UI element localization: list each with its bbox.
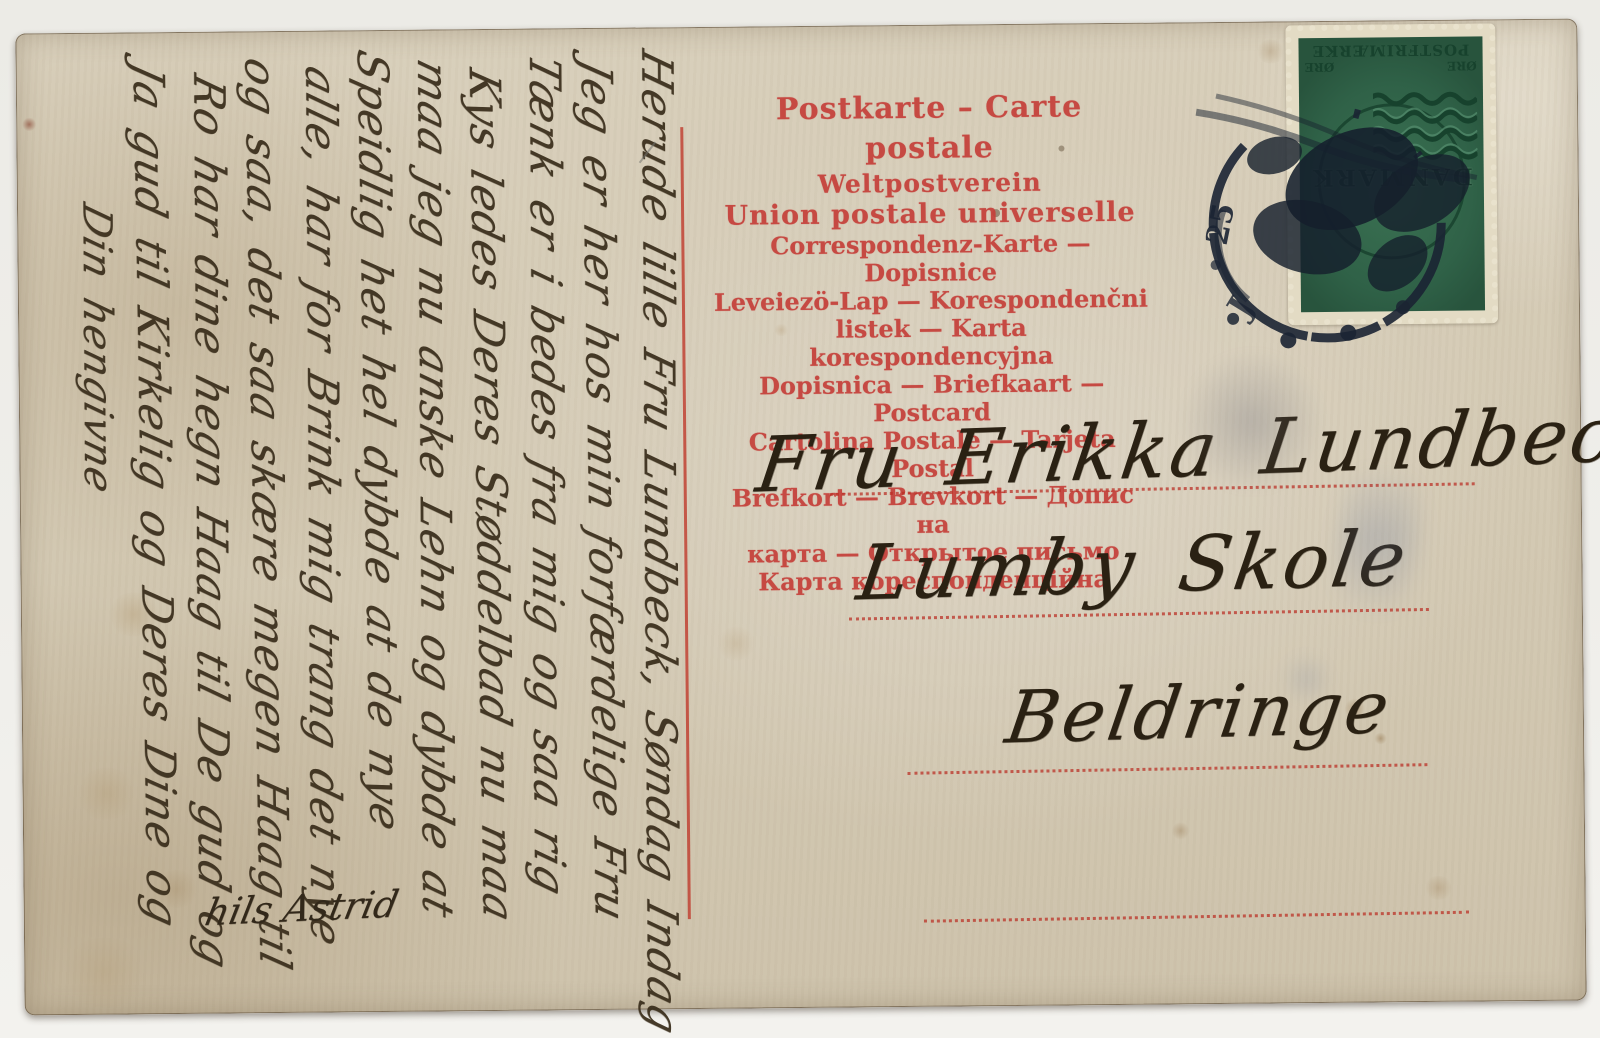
message-signoff: hils Astrid bbox=[201, 882, 402, 934]
message-rotated-lines: Herude lille Fru Lundbeck, Søndag Indag … bbox=[44, 49, 693, 1017]
stain bbox=[1171, 822, 1190, 839]
photo-background: { "photo": { "background_color": "#eeede… bbox=[0, 0, 1600, 1038]
message-line: Ja gud til Kirkelig og Deres Dine og bbox=[123, 58, 187, 932]
header-line: Postkarte – Carte postale bbox=[711, 87, 1148, 171]
header-line: listek — Karta korespondencyjna bbox=[713, 313, 1150, 373]
printed-header: Postkarte – Carte postale Weltpostverein… bbox=[711, 87, 1152, 597]
message-line: Tænk er i bedes fra mig og saa rig bbox=[519, 49, 574, 902]
header-line: Leveiezö-Lap — Korespondenčni bbox=[713, 285, 1149, 317]
message-line: Din hengivne bbox=[73, 198, 121, 499]
address-line-town: Beldringe bbox=[1001, 665, 1398, 760]
message-line: Ro har dine hegn Haag til De gud og bbox=[183, 69, 239, 975]
postmark-date-digits: 25 bbox=[1200, 200, 1243, 248]
postcard: Herude lille Fru Lundbeck, Søndag Indag … bbox=[15, 19, 1586, 1016]
stain bbox=[22, 117, 36, 131]
message-block: Herude lille Fru Lundbeck, Søndag Indag … bbox=[44, 49, 693, 1017]
message-line: Jeg er her hos min forfærdelige Fru bbox=[571, 55, 635, 927]
header-line: Correspondenz-Karte — Dopisnice bbox=[712, 229, 1149, 289]
address-ruled-line bbox=[924, 911, 1469, 923]
message-line: alle, har for Brink mig trang det nye bbox=[295, 61, 350, 952]
header-line: Weltpostverein bbox=[712, 167, 1148, 200]
message-line: maa jeg nu anske Lehn og dybde at bbox=[407, 54, 462, 924]
message-line: Herude lille Fru Lundbeck, Søndag Indag bbox=[631, 45, 687, 1038]
message-line: Speidlig het hel dybde at de nye bbox=[347, 45, 410, 837]
header-line: Union postale universelle bbox=[712, 196, 1148, 233]
stain bbox=[716, 626, 756, 660]
address-line-street: Lumby Skole bbox=[852, 513, 1414, 617]
message-line: Kys ledes Deres Støddelbad nu maa bbox=[459, 64, 523, 927]
postmark: 25 J bbox=[1156, 57, 1499, 396]
postmark-ink-blobs bbox=[1196, 93, 1485, 304]
address-ruled-line bbox=[907, 763, 1427, 775]
message-line: og saa, det saa skære megen Haag til bbox=[234, 53, 299, 974]
stain bbox=[1423, 876, 1453, 900]
